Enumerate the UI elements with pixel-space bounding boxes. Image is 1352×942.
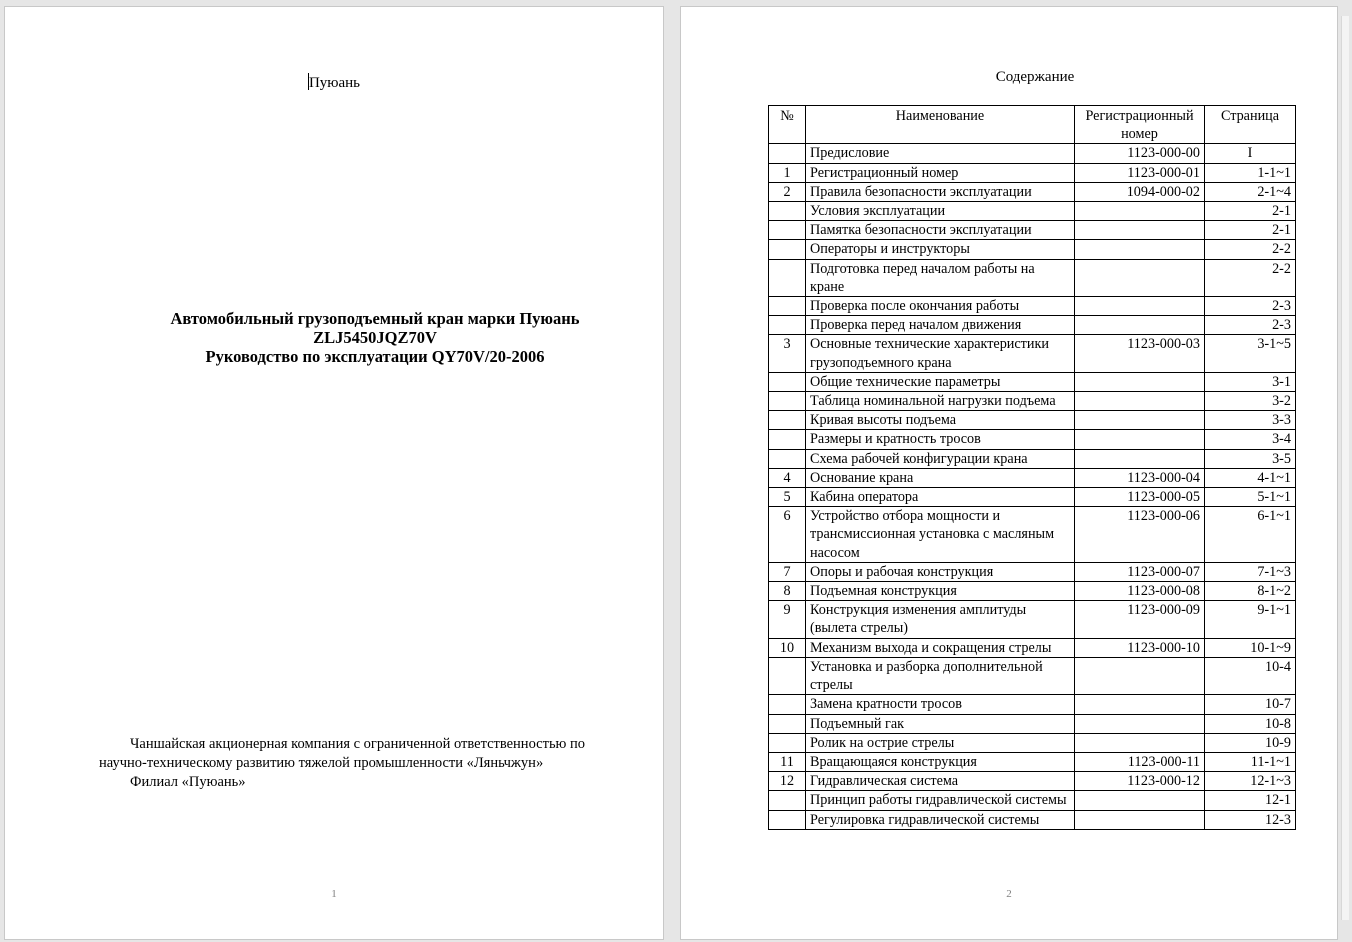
table-row: 10Механизм выхода и сокращения стрелы112… [769, 638, 1296, 657]
row-reg-number [1075, 316, 1205, 335]
row-number [769, 714, 806, 733]
row-page: 4-1~1 [1205, 468, 1296, 487]
row-number [769, 221, 806, 240]
row-number: 11 [769, 752, 806, 771]
toc-header-row: № Наименование Регистрационный номер Стр… [769, 106, 1296, 144]
row-page: 10-1~9 [1205, 638, 1296, 657]
row-number [769, 316, 806, 335]
row-name: Устройство отбора мощности и трансмиссио… [806, 507, 1075, 563]
row-page: I [1205, 144, 1296, 163]
table-row: Таблица номинальной нагрузки подъема3-2 [769, 392, 1296, 411]
scrollbar-thumb[interactable] [1341, 16, 1349, 920]
row-name: Таблица номинальной нагрузки подъема [806, 392, 1075, 411]
row-name: Условия эксплуатации [806, 202, 1075, 221]
row-page: 5-1~1 [1205, 488, 1296, 507]
document-viewport: Пуюань Автомобильный грузоподъемный кран… [0, 0, 1352, 942]
table-row: Проверка после окончания работы2-3 [769, 297, 1296, 316]
row-name: Гидравлическая система [806, 772, 1075, 791]
row-name: Правила безопасности эксплуатации [806, 182, 1075, 201]
row-reg-number [1075, 202, 1205, 221]
table-row: Схема рабочей конфигурации крана3-5 [769, 449, 1296, 468]
page-1[interactable]: Пуюань Автомобильный грузоподъемный кран… [4, 6, 664, 940]
table-row: Ролик на острие стрелы10-9 [769, 733, 1296, 752]
row-name: Замена кратности тросов [806, 695, 1075, 714]
row-page: 3-5 [1205, 449, 1296, 468]
header-text: Пуюань [309, 75, 360, 91]
page-number: 2 [681, 888, 1337, 900]
title-line-1: Автомобильный грузоподъемный кран марки … [85, 309, 665, 328]
row-number [769, 430, 806, 449]
row-page: 12-1 [1205, 791, 1296, 810]
row-page: 2-2 [1205, 259, 1296, 296]
table-row: Памятка безопасности эксплуатации2-1 [769, 221, 1296, 240]
table-row: 4Основание крана1123-000-044-1~1 [769, 468, 1296, 487]
row-page: 3-3 [1205, 411, 1296, 430]
row-name: Подъемный гак [806, 714, 1075, 733]
row-number: 4 [769, 468, 806, 487]
row-number [769, 240, 806, 259]
table-row: 1Регистрационный номер1123-000-011-1~1 [769, 163, 1296, 182]
row-name: Регистрационный номер [806, 163, 1075, 182]
row-name: Кривая высоты подъема [806, 411, 1075, 430]
row-name: Принцип работы гидравлической системы [806, 791, 1075, 810]
row-number [769, 449, 806, 468]
row-name: Памятка безопасности эксплуатации [806, 221, 1075, 240]
table-row: Условия эксплуатации2-1 [769, 202, 1296, 221]
document-title: Автомобильный грузоподъемный кран марки … [5, 309, 665, 366]
row-number [769, 297, 806, 316]
table-row: 7Опоры и рабочая конструкция1123-000-077… [769, 562, 1296, 581]
row-number [769, 733, 806, 752]
table-row: Принцип работы гидравлической системы12-… [769, 791, 1296, 810]
table-row: Размеры и кратность тросов3-4 [769, 430, 1296, 449]
row-name: Размеры и кратность тросов [806, 430, 1075, 449]
row-name: Опоры и рабочая конструкция [806, 562, 1075, 581]
row-name: Вращающаяся конструкция [806, 752, 1075, 771]
table-row: Кривая высоты подъема3-3 [769, 411, 1296, 430]
row-number: 2 [769, 182, 806, 201]
row-name: Механизм выхода и сокращения стрелы [806, 638, 1075, 657]
row-page: 12-3 [1205, 810, 1296, 829]
table-row: Замена кратности тросов10-7 [769, 695, 1296, 714]
row-name: Основание крана [806, 468, 1075, 487]
row-page: 8-1~2 [1205, 582, 1296, 601]
row-reg-number: 1123-000-00 [1075, 144, 1205, 163]
row-number: 10 [769, 638, 806, 657]
row-page: 3-1~5 [1205, 335, 1296, 372]
row-number [769, 144, 806, 163]
page-2[interactable]: Содержание № Наименование Регистрационны… [680, 6, 1338, 940]
row-reg-number: 1123-000-03 [1075, 335, 1205, 372]
row-reg-number [1075, 449, 1205, 468]
row-reg-number [1075, 372, 1205, 391]
row-name: Установка и разборка дополнительной стре… [806, 657, 1075, 694]
company-line-2: научно-техническому развитию тяжелой про… [99, 754, 639, 773]
row-number: 1 [769, 163, 806, 182]
col-header-page: Страница [1205, 106, 1296, 144]
row-number: 7 [769, 562, 806, 581]
row-reg-number [1075, 733, 1205, 752]
row-reg-number: 1123-000-11 [1075, 752, 1205, 771]
row-reg-number [1075, 240, 1205, 259]
row-page: 10-8 [1205, 714, 1296, 733]
row-name: Проверка после окончания работы [806, 297, 1075, 316]
row-page: 2-1 [1205, 221, 1296, 240]
row-page: 3-1 [1205, 372, 1296, 391]
row-number: 8 [769, 582, 806, 601]
row-name: Ролик на острие стрелы [806, 733, 1075, 752]
row-number [769, 372, 806, 391]
company-line-3: Филиал «Пуюань» [99, 773, 639, 792]
row-name: Регулировка гидравлической системы [806, 810, 1075, 829]
title-line-3: Руководство по эксплуатации QY70V/20-200… [85, 347, 665, 366]
table-row: Операторы и инструкторы2-2 [769, 240, 1296, 259]
row-name: Кабина оператора [806, 488, 1075, 507]
row-reg-number [1075, 714, 1205, 733]
row-name: Операторы и инструкторы [806, 240, 1075, 259]
row-reg-number: 1123-000-08 [1075, 582, 1205, 601]
page-number: 1 [5, 888, 663, 900]
row-number: 9 [769, 601, 806, 638]
row-page: 2-1 [1205, 202, 1296, 221]
row-reg-number: 1123-000-06 [1075, 507, 1205, 563]
table-row: 12Гидравлическая система1123-000-1212-1~… [769, 772, 1296, 791]
row-page: 9-1~1 [1205, 601, 1296, 638]
col-header-number: № [769, 106, 806, 144]
toc-table: № Наименование Регистрационный номер Стр… [768, 105, 1296, 830]
page-header[interactable]: Пуюань [5, 73, 663, 92]
row-page: 10-9 [1205, 733, 1296, 752]
row-name: Предисловие [806, 144, 1075, 163]
company-info: Чаншайская акционерная компания с ограни… [99, 735, 639, 792]
row-reg-number [1075, 297, 1205, 316]
row-reg-number [1075, 259, 1205, 296]
row-number: 12 [769, 772, 806, 791]
row-page: 12-1~3 [1205, 772, 1296, 791]
row-number [769, 791, 806, 810]
row-page: 6-1~1 [1205, 507, 1296, 563]
table-row: Общие технические параметры3-1 [769, 372, 1296, 391]
row-reg-number [1075, 430, 1205, 449]
table-row: 3Основные технические характеристики гру… [769, 335, 1296, 372]
row-page: 3-2 [1205, 392, 1296, 411]
table-row: Подъемный гак10-8 [769, 714, 1296, 733]
table-row: 8Подъемная конструкция1123-000-088-1~2 [769, 582, 1296, 601]
row-name: Проверка перед началом движения [806, 316, 1075, 335]
row-number [769, 810, 806, 829]
row-name: Схема рабочей конфигурации крана [806, 449, 1075, 468]
row-page: 10-7 [1205, 695, 1296, 714]
table-row: Установка и разборка дополнительной стре… [769, 657, 1296, 694]
row-name: Конструкция изменения амплитуды (вылета … [806, 601, 1075, 638]
row-number [769, 259, 806, 296]
row-reg-number [1075, 657, 1205, 694]
row-number [769, 392, 806, 411]
row-page: 7-1~3 [1205, 562, 1296, 581]
row-reg-number: 1123-000-12 [1075, 772, 1205, 791]
row-page: 10-4 [1205, 657, 1296, 694]
row-number [769, 695, 806, 714]
title-line-2: ZLJ5450JQZ70V [85, 328, 665, 347]
row-reg-number: 1123-000-09 [1075, 601, 1205, 638]
row-reg-number [1075, 392, 1205, 411]
table-row: Предисловие1123-000-00I [769, 144, 1296, 163]
row-name: Подъемная конструкция [806, 582, 1075, 601]
row-number: 6 [769, 507, 806, 563]
row-page: 3-4 [1205, 430, 1296, 449]
row-number [769, 202, 806, 221]
table-row: 11Вращающаяся конструкция1123-000-1111-1… [769, 752, 1296, 771]
row-reg-number: 1123-000-05 [1075, 488, 1205, 507]
row-number [769, 657, 806, 694]
row-reg-number: 1123-000-10 [1075, 638, 1205, 657]
table-row: Регулировка гидравлической системы12-3 [769, 810, 1296, 829]
row-reg-number: 1094-000-02 [1075, 182, 1205, 201]
row-reg-number [1075, 411, 1205, 430]
row-name: Основные технические характеристики груз… [806, 335, 1075, 372]
row-page: 11-1~1 [1205, 752, 1296, 771]
table-row: 2Правила безопасности эксплуатации1094-0… [769, 182, 1296, 201]
table-row: Проверка перед началом движения2-3 [769, 316, 1296, 335]
col-header-name: Наименование [806, 106, 1075, 144]
row-name: Общие технические параметры [806, 372, 1075, 391]
row-reg-number [1075, 810, 1205, 829]
row-page: 2-3 [1205, 316, 1296, 335]
company-line-1: Чаншайская акционерная компания с ограни… [99, 735, 639, 754]
row-number: 3 [769, 335, 806, 372]
table-row: 5Кабина оператора1123-000-055-1~1 [769, 488, 1296, 507]
col-header-reg-number: Регистрационный номер [1075, 106, 1205, 144]
toc-title: Содержание [681, 69, 1352, 86]
row-reg-number: 1123-000-04 [1075, 468, 1205, 487]
row-page: 1-1~1 [1205, 163, 1296, 182]
row-reg-number [1075, 695, 1205, 714]
table-row: 6Устройство отбора мощности и трансмисси… [769, 507, 1296, 563]
row-page: 2-1~4 [1205, 182, 1296, 201]
table-row: Подготовка перед началом работы на кране… [769, 259, 1296, 296]
table-row: 9Конструкция изменения амплитуды (вылета… [769, 601, 1296, 638]
row-reg-number: 1123-000-01 [1075, 163, 1205, 182]
row-reg-number [1075, 221, 1205, 240]
row-number [769, 411, 806, 430]
row-page: 2-2 [1205, 240, 1296, 259]
row-page: 2-3 [1205, 297, 1296, 316]
row-reg-number: 1123-000-07 [1075, 562, 1205, 581]
row-number: 5 [769, 488, 806, 507]
row-name: Подготовка перед началом работы на кране [806, 259, 1075, 296]
row-reg-number [1075, 791, 1205, 810]
